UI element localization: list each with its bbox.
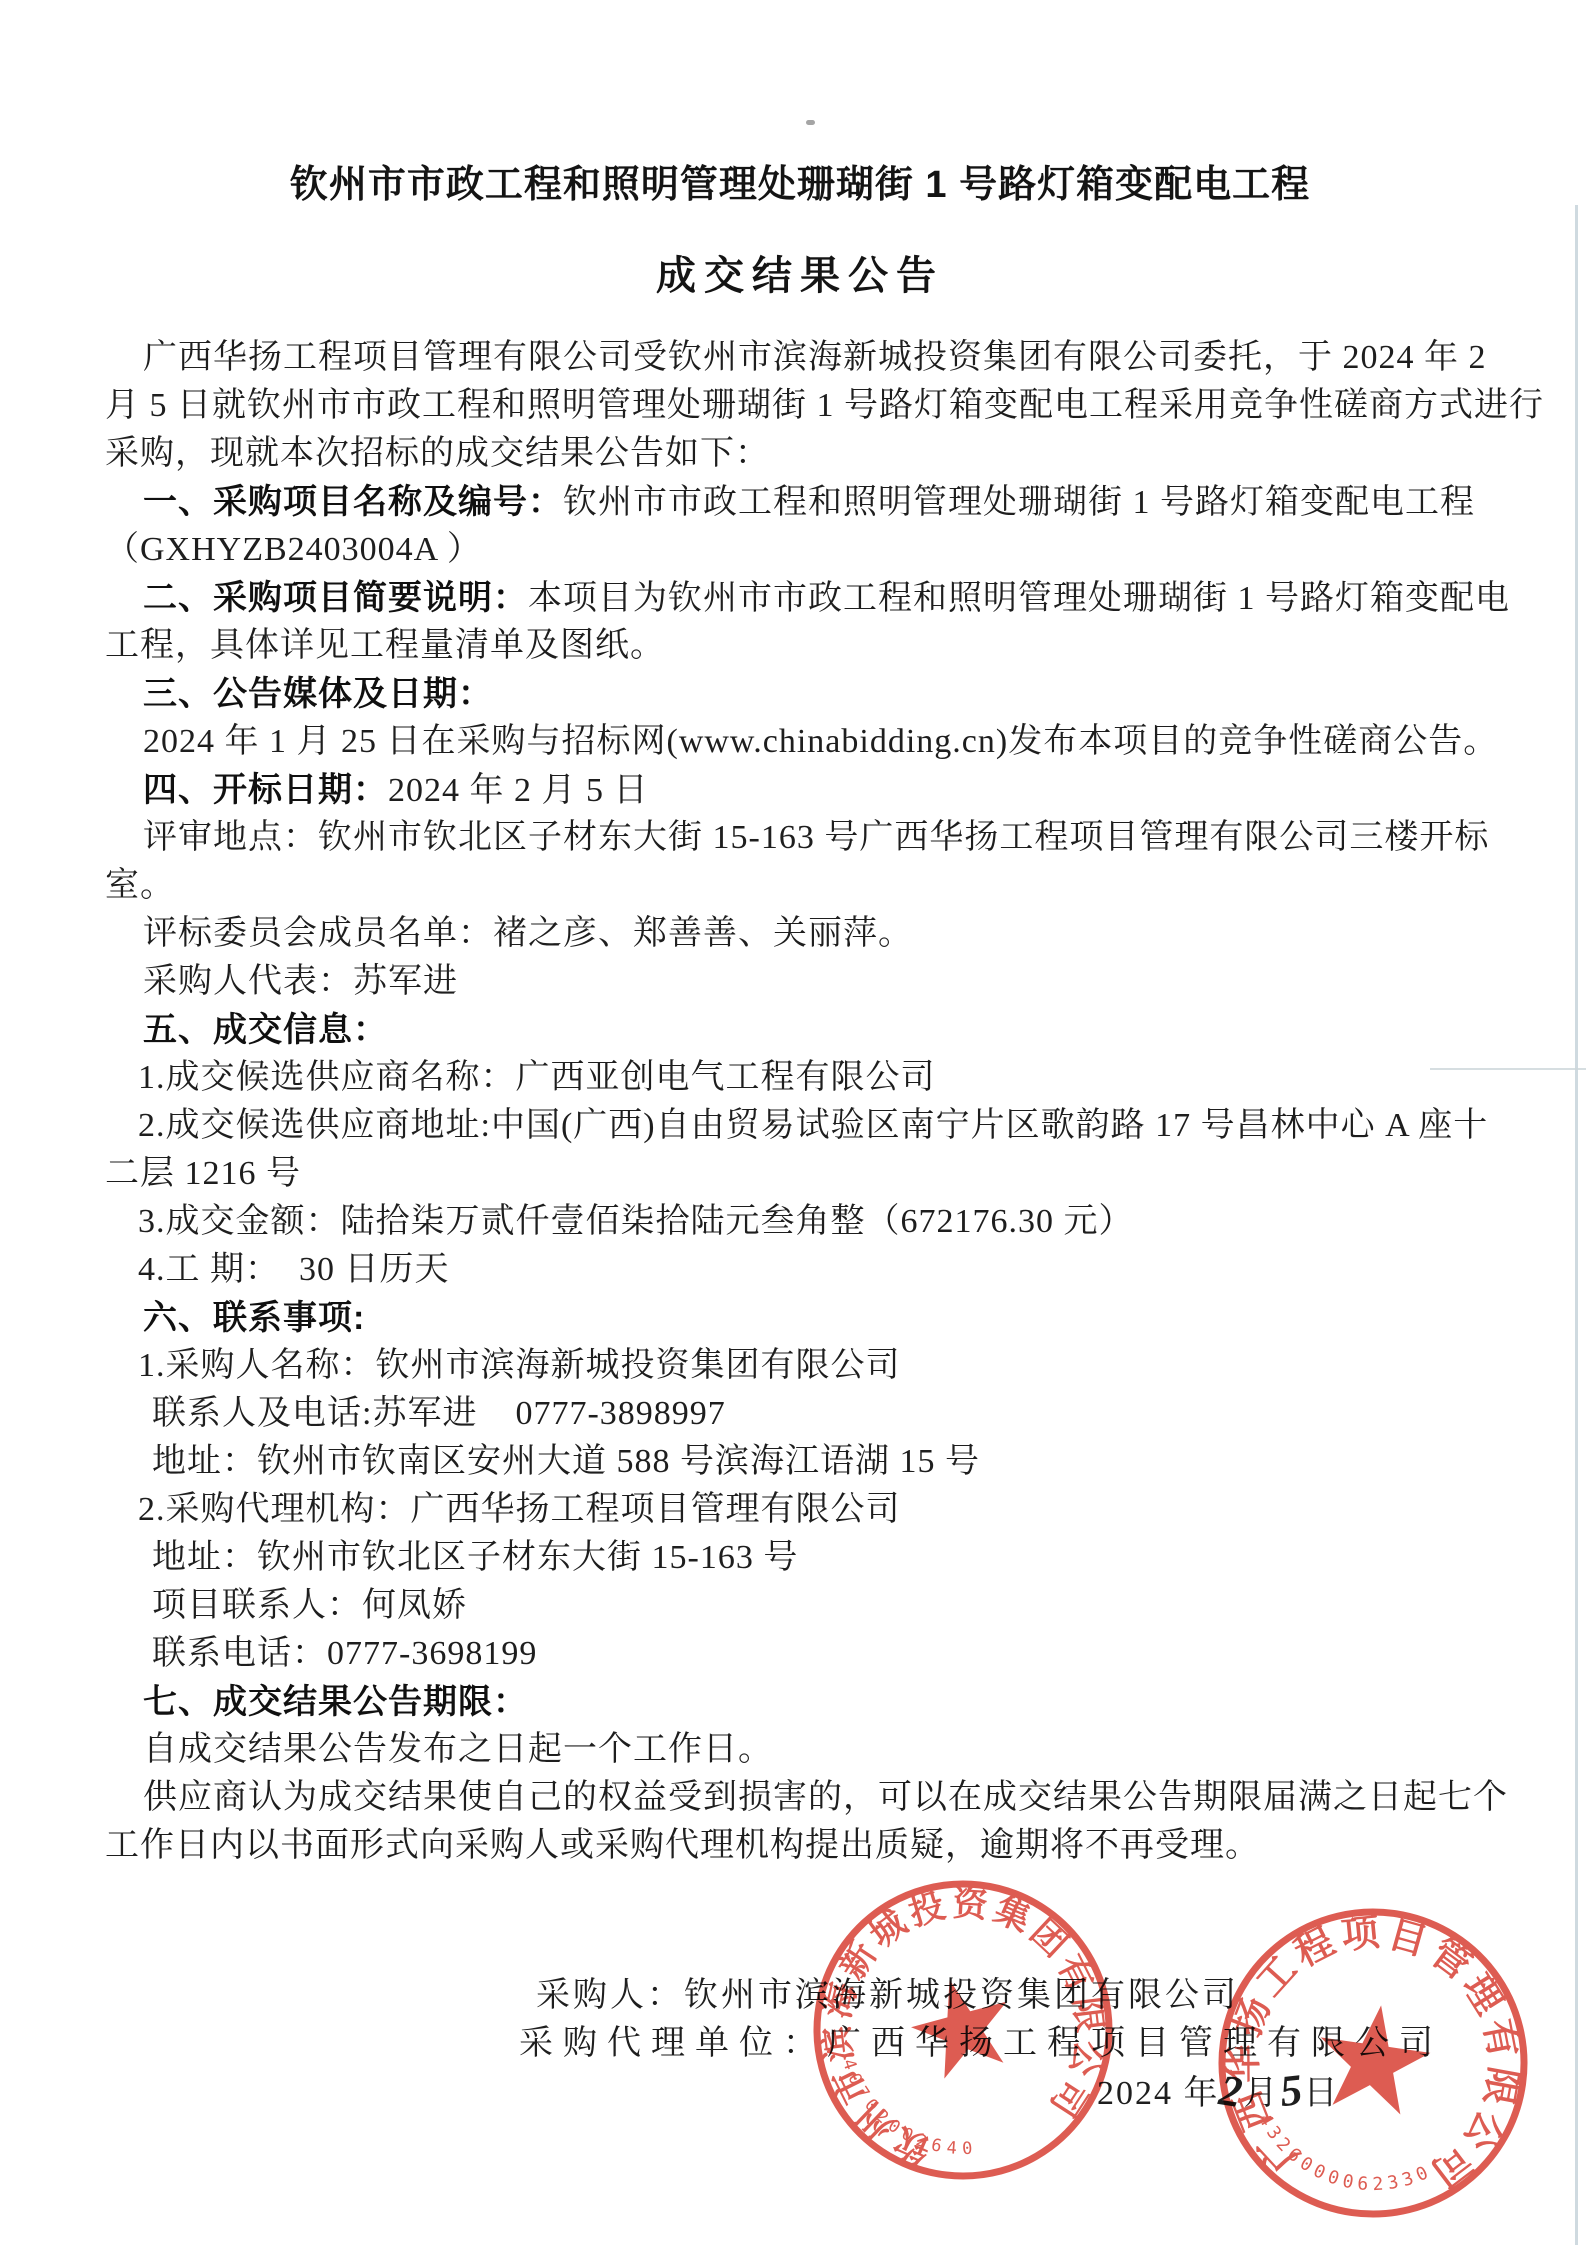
body-text: 2024 年 1 月 25 日在采购与招标网(www.chinabidding.… [143, 723, 1498, 760]
section-heading-label: 五、成交信息： [143, 1011, 388, 1049]
body-text: 采购人代表：苏军进 [143, 963, 458, 1000]
section-heading-label: 二、采购项目简要说明： [143, 579, 528, 617]
doc-title-line2: 成交结果公告 [105, 252, 1495, 300]
body-text: 2.成交候选供应商地址:中国(广西)自由贸易试验区南宁片区歌韵路 17 号昌林中… [138, 1107, 1488, 1144]
body-text: 供应商认为成交结果使自己的权益受到损害的，可以在成交结果公告期限届满之日起七个 [143, 1779, 1508, 1816]
doc-title-line1: 钦州市市政工程和照明管理处珊瑚街 1 号路灯箱变配电工程 [105, 162, 1495, 208]
document-body: 广西华扬工程项目管理有限公司受钦州市滨海新城投资集团有限公司委托，于 2024 … [105, 334, 1495, 1870]
body-text: （GXHYZB2403004A ） [105, 531, 482, 568]
body-line: 2.成交候选供应商地址:中国(广西)自由贸易试验区南宁片区歌韵路 17 号昌林中… [105, 1102, 1495, 1150]
body-line: 三、公告媒体及日期： [105, 670, 1495, 718]
body-text: 自成交结果公告发布之日起一个工作日。 [143, 1731, 773, 1768]
body-line: 六、联系事项: [105, 1294, 1495, 1342]
agency-company-seal: 广西华扬工程项目管理有限公司 4326000062330 [1183, 1873, 1563, 2245]
body-line: 室。 [105, 862, 1495, 910]
body-text: 月 5 日就钦州市市政工程和照明管理处珊瑚街 1 号路灯箱变配电工程采用竞争性磋… [105, 387, 1544, 424]
body-text: 联系电话：0777-3698199 [152, 1635, 537, 1672]
body-line: 评审地点：钦州市钦北区子材东大街 15-163 号广西华扬工程项目管理有限公司三… [105, 814, 1495, 862]
body-line: 工程，具体详见工程量清单及图纸。 [105, 622, 1495, 670]
body-text: 采购，现就本次招标的成交结果公告如下： [105, 435, 770, 472]
seal-star-icon [1312, 1998, 1436, 2118]
body-line: 项目联系人：何凤娇 [105, 1582, 1495, 1630]
body-text: 4.工 期： 30 日历天 [138, 1251, 450, 1288]
body-line: 地址：钦州市钦南区安州大道 588 号滨海江语湖 15 号 [105, 1438, 1495, 1486]
body-line: 广西华扬工程项目管理有限公司受钦州市滨海新城投资集团有限公司委托，于 2024 … [105, 334, 1495, 382]
seal-star-icon [902, 1967, 1022, 2084]
body-text: 工程，具体详见工程量清单及图纸。 [105, 627, 665, 664]
body-line: 地址：钦州市钦北区子材东大街 15-163 号 [105, 1534, 1495, 1582]
body-text: 项目联系人：何凤娇 [152, 1587, 467, 1624]
body-line: 二层 1216 号 [105, 1150, 1495, 1198]
body-text: 2024 年 2 月 5 日 [388, 772, 649, 809]
body-line: 五、成交信息： [105, 1006, 1495, 1054]
body-text: 广西华扬工程项目管理有限公司受钦州市滨海新城投资集团有限公司委托，于 2024 … [143, 339, 1487, 376]
scanned-document-page: 钦州市市政工程和照明管理处珊瑚街 1 号路灯箱变配电工程 成交结果公告 广西华扬… [0, 0, 1586, 2245]
body-text: 室。 [105, 867, 175, 904]
body-line: 3.成交金额：陆拾柒万贰仟壹佰柒拾陆元叁角整（672176.30 元） [105, 1198, 1495, 1246]
body-line: 1.采购人名称：钦州市滨海新城投资集团有限公司 [105, 1342, 1495, 1390]
section-heading-label: 三、公告媒体及日期： [143, 675, 493, 713]
document-content: 钦州市市政工程和照明管理处珊瑚街 1 号路灯箱变配电工程 成交结果公告 广西华扬… [105, 0, 1495, 2116]
body-text: 地址：钦州市钦北区子材东大街 15-163 号 [152, 1539, 798, 1576]
body-line: 采购人代表：苏军进 [105, 958, 1495, 1006]
body-text: 1.采购人名称：钦州市滨海新城投资集团有限公司 [138, 1347, 901, 1384]
body-line: 4.工 期： 30 日历天 [105, 1246, 1495, 1294]
body-line: 评标委员会成员名单：褚之彦、郑善善、关丽萍。 [105, 910, 1495, 958]
body-line: 二、采购项目简要说明：本项目为钦州市市政工程和照明管理处珊瑚街 1 号路灯箱变配… [105, 574, 1495, 622]
body-text: 评审地点：钦州市钦北区子材东大街 15-163 号广西华扬工程项目管理有限公司三… [143, 819, 1489, 856]
body-text: 2.采购代理机构：广西华扬工程项目管理有限公司 [138, 1491, 901, 1528]
body-text: 1.成交候选供应商名称：广西亚创电气工程有限公司 [138, 1059, 936, 1096]
body-line: 1.成交候选供应商名称：广西亚创电气工程有限公司 [105, 1054, 1495, 1102]
body-text: 钦州市市政工程和照明管理处珊瑚街 1 号路灯箱变配电工程 [563, 484, 1475, 521]
body-line: 七、成交结果公告期限： [105, 1678, 1495, 1726]
body-line: 采购，现就本次招标的成交结果公告如下： [105, 430, 1495, 478]
body-text: 地址：钦州市钦南区安州大道 588 号滨海江语湖 15 号 [152, 1443, 980, 1480]
body-line: 月 5 日就钦州市市政工程和照明管理处珊瑚街 1 号路灯箱变配电工程采用竞争性磋… [105, 382, 1495, 430]
section-heading-label: 六、联系事项: [143, 1299, 365, 1337]
purchaser-company-seal: 钦州市滨海新城投资集团有限公司 40702002640 [783, 1850, 1143, 2210]
body-line: （GXHYZB2403004A ） [105, 526, 1495, 574]
body-line: 联系人及电话:苏军进 0777-3898997 [105, 1390, 1495, 1438]
body-line: 供应商认为成交结果使自己的权益受到损害的，可以在成交结果公告期限届满之日起七个 [105, 1774, 1495, 1822]
section-heading-label: 四、开标日期： [143, 771, 388, 809]
body-text: 二层 1216 号 [105, 1155, 301, 1192]
body-line: 2.采购代理机构：广西华扬工程项目管理有限公司 [105, 1486, 1495, 1534]
body-line: 四、开标日期：2024 年 2 月 5 日 [105, 766, 1495, 814]
body-text: 3.成交金额：陆拾柒万贰仟壹佰柒拾陆元叁角整（672176.30 元） [138, 1203, 1134, 1240]
body-line: 一、采购项目名称及编号：钦州市市政工程和照明管理处珊瑚街 1 号路灯箱变配电工程 [105, 478, 1495, 526]
section-heading-label: 一、采购项目名称及编号： [143, 483, 563, 521]
body-line: 2024 年 1 月 25 日在采购与招标网(www.chinabidding.… [105, 718, 1495, 766]
body-text: 评标委员会成员名单：褚之彦、郑善善、关丽萍。 [143, 915, 913, 952]
body-text: 联系人及电话:苏军进 0777-3898997 [152, 1395, 726, 1432]
body-text: 本项目为钦州市市政工程和照明管理处珊瑚街 1 号路灯箱变配电 [528, 580, 1510, 617]
section-heading-label: 七、成交结果公告期限： [143, 1683, 528, 1721]
body-line: 自成交结果公告发布之日起一个工作日。 [105, 1726, 1495, 1774]
scan-edge-line [1575, 205, 1578, 2245]
body-line: 联系电话：0777-3698199 [105, 1630, 1495, 1678]
